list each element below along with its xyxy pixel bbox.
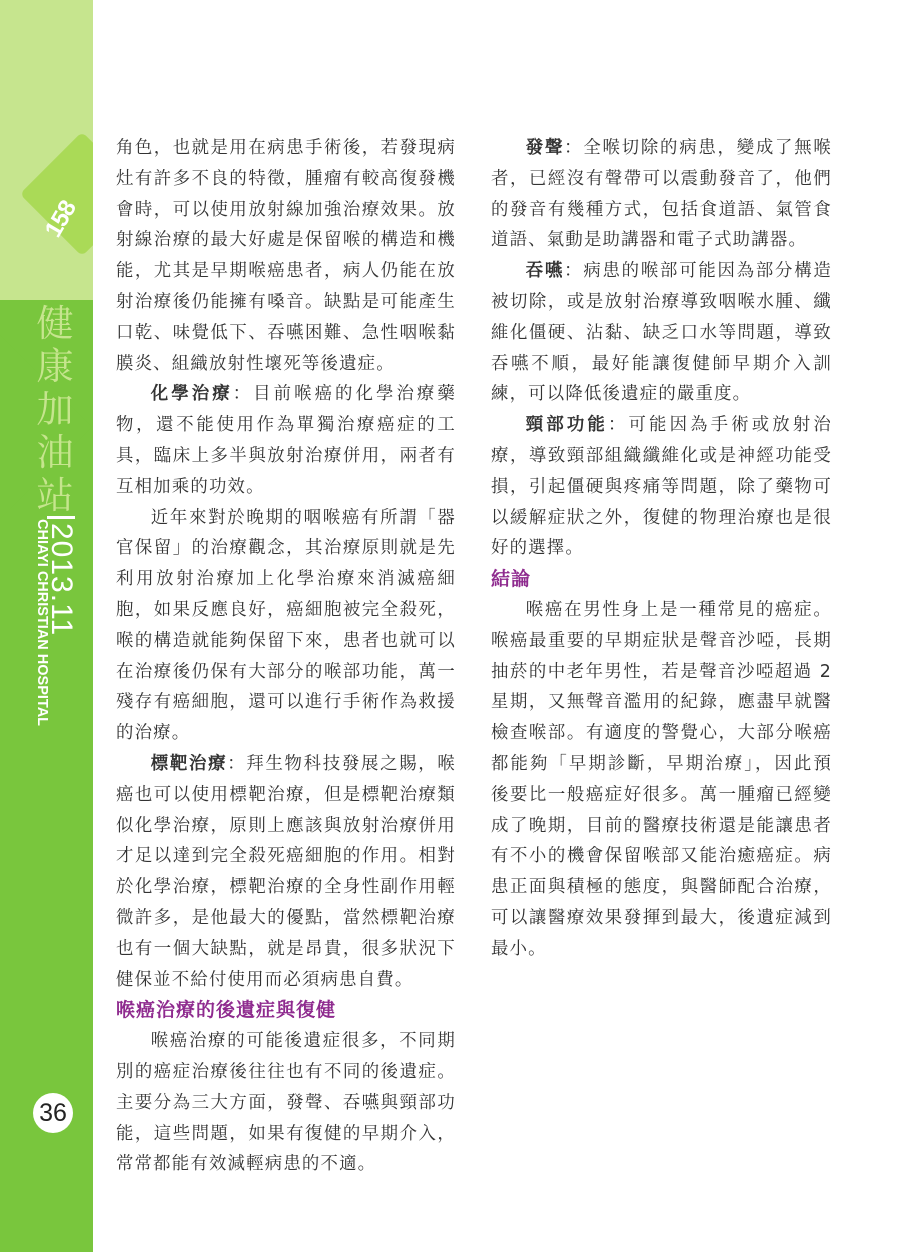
term-label: 頸部功能	[526, 415, 608, 435]
paragraph-chemotherapy: 化學治療：目前喉癌的化學治療藥物，還不能使用作為單獨治療癌症的工具，臨床上多半與…	[116, 379, 456, 502]
section-heading: 結論	[491, 564, 832, 595]
title-char: 健	[30, 302, 80, 345]
hospital-name: CHIAYI CHRISTIAN HOSPITAL	[34, 519, 50, 726]
paragraph: 喉癌在男性身上是一種常見的癌症。喉癌最重要的早期症狀是聲音沙啞，長期抽菸的中老年…	[491, 595, 832, 965]
paragraph: 喉癌治療的可能後遺症很多，不同期別的癌症治療後往往也有不同的後遺症。主要分為三大…	[116, 1026, 456, 1180]
paragraph: 角色，也就是用在病患手術後，若發現病灶有許多不良的特徵，腫瘤有較高復發機會時，可…	[116, 133, 456, 379]
paragraph-targeted-therapy: 標靶治療：拜生物科技發展之賜，喉癌也可以使用標靶治療，但是標靶治療類似化學治療，…	[116, 749, 456, 995]
title-char: 康	[30, 345, 80, 388]
paragraph-voice: 發聲：全喉切除的病患，變成了無喉者，已經沒有聲帶可以震動發音了，他們的發音有幾種…	[491, 133, 832, 256]
title-char: 油	[30, 431, 80, 474]
paragraph: 近年來對於晚期的咽喉癌有所謂「器官保留」的治療觀念，其治療原則就是先利用放射治療…	[116, 503, 456, 749]
title-char: 加	[30, 388, 80, 431]
page-number-badge: 36	[33, 1093, 73, 1133]
article-column-left: 角色，也就是用在病患手術後，若發現病灶有許多不良的特徵，腫瘤有較高復發機會時，可…	[116, 133, 456, 1180]
term-label: 化學治療	[151, 384, 233, 404]
title-char: 站	[30, 474, 80, 517]
divider-bar	[47, 516, 75, 519]
magazine-title: 健 康 加 油 站	[30, 302, 80, 517]
section-heading: 喉癌治療的後遺症與復健	[116, 995, 456, 1026]
paragraph-text: ：可能因為手術或放射治療，導致頸部組織纖維化或是神經功能受損，引起僵硬與疼痛等問…	[491, 415, 832, 558]
term-label: 吞嚥	[526, 261, 564, 281]
article-column-right: 發聲：全喉切除的病患，變成了無喉者，已經沒有聲帶可以震動發音了，他們的發音有幾種…	[491, 133, 832, 965]
term-label: 發聲	[526, 138, 564, 158]
paragraph-text: ：拜生物科技發展之賜，喉癌也可以使用標靶治療，但是標靶治療類似化學治療，原則上應…	[116, 754, 456, 990]
sidebar: 158 健 康 加 油 站 2013.11 CHIAYI CHRISTIAN H…	[0, 0, 93, 1252]
paragraph-text: ：病患的喉部可能因為部分構造被切除，或是放射治療導致咽喉水腫、纖維化僵硬、沾黏、…	[491, 261, 832, 404]
term-label: 標靶治療	[151, 754, 227, 774]
paragraph-neck-function: 頸部功能：可能因為手術或放射治療，導致頸部組織纖維化或是神經功能受損，引起僵硬與…	[491, 410, 832, 564]
paragraph-swallowing: 吞嚥：病患的喉部可能因為部分構造被切除，或是放射治療導致咽喉水腫、纖維化僵硬、沾…	[491, 256, 832, 410]
